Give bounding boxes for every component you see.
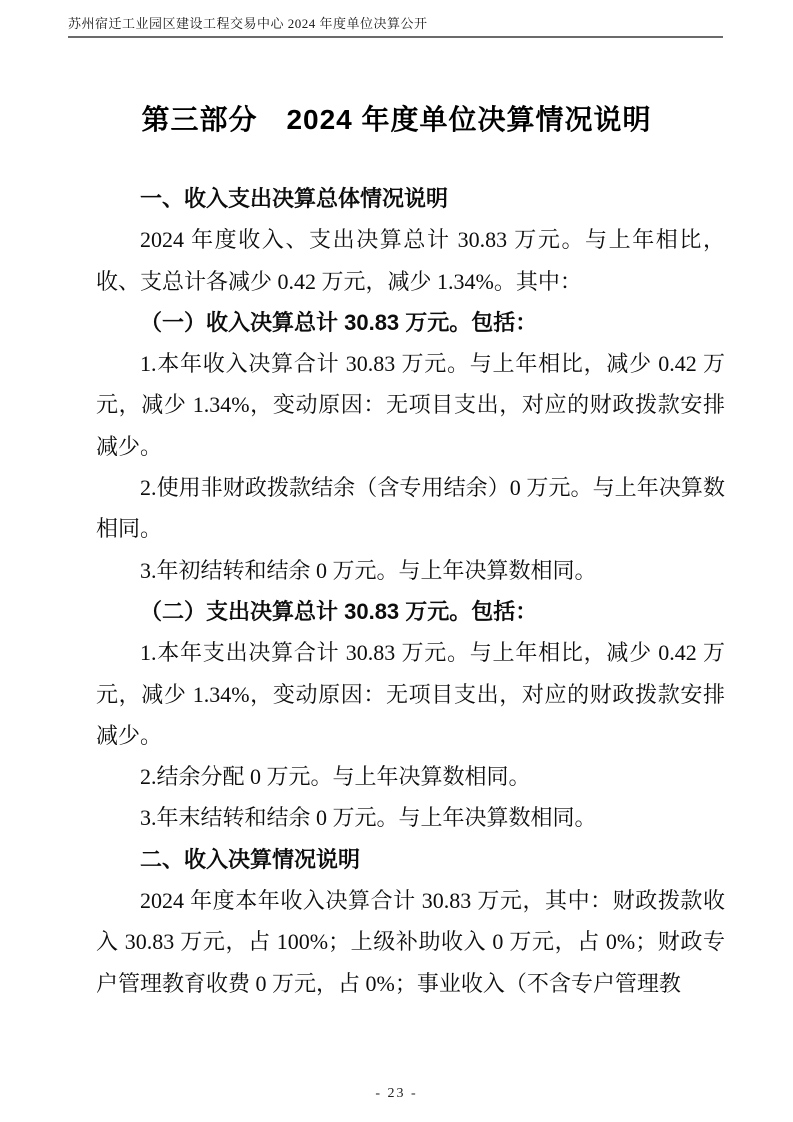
running-header: 苏州宿迁工业园区建设工程交易中心 2024 年度单位决算公开	[68, 13, 428, 32]
subsection-heading: （二）支出决算总计 30.83 万元。包括：	[96, 591, 725, 632]
paragraph: 1.本年支出决算合计 30.83 万元。与上年相比，减少 0.42 万元，减少 …	[96, 632, 725, 756]
section-heading: 二、收入决算情况说明	[96, 839, 725, 880]
section-heading: 一、收入支出决算总体情况说明	[96, 178, 725, 219]
paragraph: 2024 年度收入、支出决算总计 30.83 万元。与上年相比，收、支总计各减少…	[96, 219, 725, 302]
page-number: - 23 -	[0, 1086, 793, 1102]
paragraph: 3.年末结转和结余 0 万元。与上年决算数相同。	[96, 797, 725, 838]
paragraph: 2.使用非财政拨款结余（含专用结余）0 万元。与上年决算数相同。	[96, 467, 725, 550]
paragraph: 1.本年收入决算合计 30.83 万元。与上年相比，减少 0.42 万元，减少 …	[96, 343, 725, 467]
paragraph: 2.结余分配 0 万元。与上年决算数相同。	[96, 756, 725, 797]
document-body: 一、收入支出决算总体情况说明 2024 年度收入、支出决算总计 30.83 万元…	[96, 178, 725, 1004]
header-rule	[68, 36, 723, 38]
paragraph: 2024 年度本年收入决算合计 30.83 万元，其中：财政拨款收入 30.83…	[96, 880, 725, 1004]
subsection-heading: （一）收入决算总计 30.83 万元。包括：	[96, 302, 725, 343]
paragraph: 3.年初结转和结余 0 万元。与上年决算数相同。	[96, 550, 725, 591]
page-title: 第三部分 2024 年度单位决算情况说明	[0, 104, 793, 136]
